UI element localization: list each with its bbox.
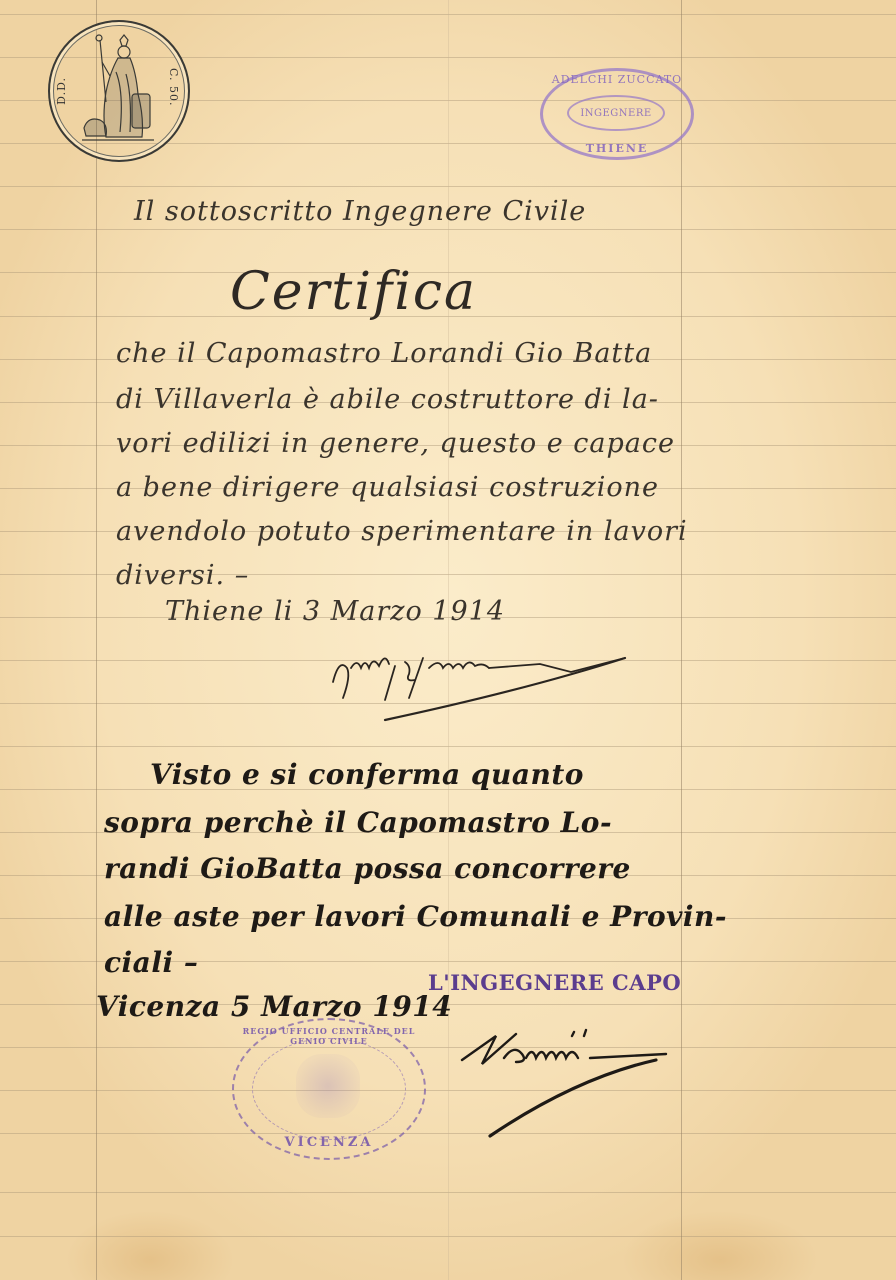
seal-left-text: D.D. bbox=[55, 77, 68, 105]
certificate-line-5: avendolo potuto sperimentare in lavori bbox=[116, 516, 688, 547]
stamp-place-text: THIENE bbox=[543, 142, 691, 155]
stamp-center-text: INGEGNERE bbox=[567, 95, 665, 131]
certificate-place-date: Thiene li 3 Marzo 1914 bbox=[165, 596, 505, 627]
royal-crest-icon bbox=[296, 1054, 360, 1118]
seal-right-text: C. 50. bbox=[167, 68, 180, 107]
endorsement-line-1: Visto e si conferma quanto bbox=[150, 758, 584, 791]
certificate-line-4: a bene dirigere qualsiasi costruzione bbox=[116, 472, 659, 503]
certificate-title: Certifica bbox=[230, 262, 477, 322]
chief-engineer-stamp: L'INGEGNERE CAPO bbox=[428, 970, 681, 995]
certificate-line-6: diversi. – bbox=[116, 560, 249, 591]
endorsement-line-3: randi GioBatta possa concorrere bbox=[104, 852, 631, 885]
stamp-name-text: ADELCHI ZUCCATO bbox=[543, 73, 691, 86]
endorsement-line-2: sopra perchè il Capomastro Lo- bbox=[104, 806, 612, 839]
engineer-oval-stamp: ADELCHI ZUCCATO INGEGNERE THIENE bbox=[540, 68, 694, 160]
round-stamp-top-text: REGIO UFFICIO CENTRALE DEL GENIO CIVILE bbox=[234, 1026, 424, 1046]
certificate-line-3: vori edilizi in genere, questo e capace bbox=[116, 428, 675, 459]
left-margin-line bbox=[96, 0, 97, 1280]
endorsement-place-date: Vicenza 5 Marzo 1914 bbox=[96, 990, 452, 1023]
chief-engineer-signature-icon bbox=[456, 1020, 686, 1140]
revenue-stamp-seal: D.D. C. 50. bbox=[48, 20, 190, 162]
allegory-figure-icon bbox=[80, 32, 160, 150]
certificate-intro: Il sottoscritto Ingegnere Civile bbox=[134, 196, 586, 227]
genio-civile-round-stamp: REGIO UFFICIO CENTRALE DEL GENIO CIVILE … bbox=[232, 1018, 426, 1160]
endorsement-line-4: alle aste per lavori Comunali e Provin- bbox=[104, 900, 727, 933]
engineer-signature-icon bbox=[325, 628, 645, 724]
certificate-line-1: che il Capomastro Lorandi Gio Batta bbox=[116, 338, 652, 369]
certificate-line-2: di Villaverla è abile costruttore di la- bbox=[116, 384, 659, 415]
round-stamp-bottom-text: VICENZA bbox=[234, 1135, 424, 1150]
endorsement-line-5: ciali – bbox=[104, 946, 198, 979]
